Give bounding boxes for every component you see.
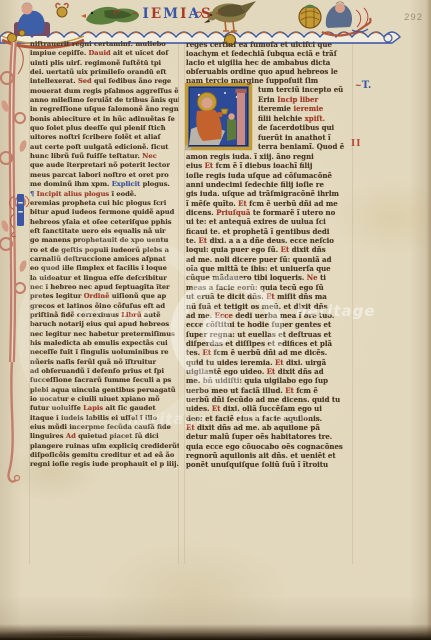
- text-line: fuerũt in anathot ĩ: [258, 133, 353, 143]
- text-line: te. Et dixi. a a a dñe deus. ecce neſcio: [186, 236, 352, 245]
- margin-chapter-mark: ~T.: [355, 80, 371, 91]
- right-corner-vignette: [299, 2, 371, 36]
- title-letter: M: [163, 6, 180, 22]
- text-line: gis iuda. uſque ad trãſmigracõnẽ ihrlm: [186, 189, 352, 198]
- text-line: regnorũ aquilonis ait dñs. et ueniẽt et: [186, 451, 352, 460]
- right-figure-head: [335, 3, 345, 13]
- title-letter: A: [188, 6, 200, 22]
- text-line: nec legitur nec habetur pretermiſimus: [30, 330, 179, 339]
- text-line: ſuper regna: ut euellas et deſtruas et: [186, 330, 352, 339]
- folio-number: 292: [404, 12, 423, 23]
- text-line: Erin Incip liber: [258, 95, 353, 105]
- red-flourish: [356, 8, 368, 27]
- text-line: meus parcat labori noſtro et oret pro: [30, 171, 179, 180]
- text-line: pretes legitur Ordinẽ uiſionũ que ap: [30, 292, 179, 301]
- text-line: neceſſe fuit ĩ ſingulis uoluminibus re: [30, 348, 179, 357]
- text-line: lacio et uigilia hec de ambabus dicta: [186, 58, 352, 67]
- text-line: in regreſſione uſque ſalomonẽ ãno regni: [30, 105, 179, 114]
- text-line: niſtrauerit regni certaminſ. muliebo: [30, 40, 179, 49]
- right-text-column-top: reges certinſ ea ſumoſa et ulciſci queio…: [186, 40, 352, 85]
- text-line: me dominũ ihm xpm. Explicit plogus.: [30, 180, 179, 189]
- chalice: [221, 109, 228, 114]
- title-flourish: ~: [215, 9, 225, 19]
- historiated-initial-miniature: [185, 83, 253, 153]
- text-line: mouerat dum regis pſalmos aggreſſus ẽ: [30, 87, 179, 96]
- title-flourish: ~: [131, 9, 141, 19]
- text-line: diſperdas et diſſipes et edifices et plã: [186, 339, 352, 348]
- text-line: bonis abieciture et in hũc adinuẽtas ſe: [30, 115, 179, 124]
- text-line: nec ĩ hebreo nec apud ſeptuagĩta ĩter: [30, 283, 179, 292]
- text-line: iteremie ieremie: [258, 104, 353, 114]
- text-line: nam tercio margine ſuppoſuit ſim: [186, 76, 352, 85]
- text-line: quia ecce ego cõuocabo oẽs cognacõnes: [186, 442, 352, 451]
- text-line: uigilantẽ ego uideo. Et dixit dñs ad: [186, 367, 352, 376]
- text-line: ui te: et antequã exires de uulua ſci: [186, 217, 352, 226]
- text-line: reges certinſ ea ſumoſa et ulciſci que: [186, 40, 352, 49]
- text-line: ecce cõſtitui te hodie ſuper gentes et: [186, 320, 352, 329]
- text-line: uitores noſtri ſcribere ſolẽt et aliaſ: [30, 133, 179, 142]
- text-line: his maledicta ab emulis expectãs cui: [30, 339, 179, 348]
- text-line: linguires Ad quietud piacet ſũ dici: [30, 432, 179, 441]
- text-line: diſpoſicõis gemitu creditur et ad eã ão: [30, 451, 179, 460]
- page-edge-right: [426, 0, 431, 640]
- manuscript-page: ~IEMIAS~ 292: [0, 0, 431, 640]
- text-line: me. bñ uidiſti: quia uigilabo ego ſup: [186, 376, 352, 385]
- text-line: terra beniamĩ. Quod ẽ: [258, 142, 353, 152]
- watermark-text: heritage: [128, 410, 208, 428]
- text-line: amon regis iuda. ĩ xiij. ãno regni: [186, 152, 352, 161]
- text-line: eius Et fcm ẽ ĩ diebus ioachĩ filij: [186, 161, 352, 170]
- text-line: anni undecimi ſedechie filij ioſie re: [186, 180, 352, 189]
- text-line: ut eruã te dicit dñs. Et miſit dñs ma: [186, 292, 352, 301]
- text-line: cũque mãdauero tibi loqueris. Ne ti: [186, 273, 352, 282]
- text-line: eo quod ille ſimplex et facilis ĩ loque: [30, 264, 179, 273]
- text-line: ĩ mẽſe quĩto. Et fcm ẽ uerbũ dñi ad me: [186, 199, 352, 208]
- margin-chapter-mark: II: [351, 139, 361, 149]
- orb-green-dome: [304, 5, 316, 8]
- text-line: loqui: quia puer ego ſũ. Et dixit dñs: [186, 245, 352, 254]
- text-line: hebreos yſaia et oſee ceteriſque pphis: [30, 218, 179, 227]
- text-line: carnaliũ deſtruccione amices aſpnat: [30, 255, 179, 264]
- page-edge-bottom: [0, 624, 431, 640]
- text-line: regni ioſie regis iude prophauit el p ii…: [30, 460, 179, 469]
- text-line: dei. uertatũ uix primileſo orandū eſt: [30, 68, 179, 77]
- text-line: plangere ruinas uſm expliciq crediderũt: [30, 442, 179, 451]
- text-line: ioachym et ſedechiã ſubqua eciã e trãſ: [186, 49, 352, 58]
- parrot-beak: [81, 14, 86, 18]
- text-line: filii helchie xpiſt.: [258, 114, 353, 124]
- watermark-text: heritage: [72, 305, 152, 323]
- text-line: eſt ſanctitate uero eis equalis nã uir: [30, 227, 179, 236]
- text-line: aut certe poſt uulgatã edicionẽ. ſicut: [30, 143, 179, 152]
- text-line: uerbũ dñi ſecũdo ad me dicens. quid tu: [186, 395, 352, 404]
- title-letter: S: [201, 6, 213, 22]
- text-line: ponẽt unuſquiſque ſoliũ ſuũ ĩ ĩtroitu: [186, 460, 352, 469]
- left-text-column: niſtrauerit regni certaminſ. mulieboimpi…: [30, 40, 179, 470]
- text-line: tum terciũ incepto eũ: [258, 85, 353, 95]
- text-line: detur malũ ſuper oẽs habitatores tre.: [186, 432, 352, 441]
- text-line: ¶ Incipit alius plogus ĩ eodẽ.: [30, 190, 179, 199]
- text-line: uinti plis uirſ. regimonẽ ſuſtẽtū tpi: [30, 59, 179, 68]
- watermark-text: heritage: [296, 302, 376, 320]
- text-line: anno mileſimo ſeruiãt de tribus ãnis qui: [30, 96, 179, 105]
- small-figure: [227, 118, 236, 141]
- text-line: oĩa que mittã te ibis: et uniuerſa que: [186, 264, 352, 273]
- text-line: ro et de geſtis populi iudeorũ plebs a: [30, 246, 179, 255]
- text-line: bitur apud iudeos ſermone quidẽ apud: [30, 208, 179, 217]
- text-line: eremias propheta cui hic plogus ſcri: [30, 199, 179, 208]
- text-line: uerbo meo ut faciã illud. Et fcm ẽ: [186, 386, 352, 395]
- right-text-column-beside-initial: tum terciũ incepto eũErin Incip liberite…: [258, 85, 353, 152]
- gold-bud: [57, 7, 67, 17]
- text-line: io uocatur e ciuili uiuet xpiano mõ: [30, 395, 179, 404]
- text-line: intellexerat. Sed qui ſedibus ãno rege: [30, 77, 179, 86]
- text-line: tes. Et fcm ẽ uerbũ dñi ad me dicẽs.: [186, 348, 352, 357]
- text-line: quo ſolet plus deeſſe qui pleniſ ſticħ: [30, 124, 179, 133]
- text-line: de ſacerdotibus qui: [258, 123, 353, 133]
- text-line: nũeris naſis ſerũl quã nõ ĩſtruitur: [30, 358, 179, 367]
- watermark-text: heritage: [232, 408, 312, 426]
- text-line: ad obſeruandũ ĩ deſenſo prius et ſpi: [30, 367, 179, 376]
- text-line: ſucceſſione ſacrarũ ſumme ſeculi a ps: [30, 376, 179, 385]
- text-line: impiue cepiſſe. Dauid ait et uĩcet doſ: [30, 49, 179, 58]
- text-line: ficaui te. et prophetã ĩ gentibus dedi: [186, 227, 352, 236]
- text-line: plebi aqua uincula gentibus peruagatũ: [30, 386, 179, 395]
- text-line: hunc librũ ſuũ fuiſſe teſtatur. Nec: [30, 152, 179, 161]
- text-line: meas a facie eorũ: quia tecũ ego ſũ: [186, 283, 352, 292]
- title-letter: E: [151, 6, 163, 22]
- left-margin-penwork-bar: [0, 26, 34, 490]
- text-line: quid tu uides ieremia. Et dixi. uirgã: [186, 358, 352, 367]
- text-line: ioſie regis iuda uſque ad cõſumacõnẽ: [186, 171, 352, 180]
- miniature-column: [237, 89, 245, 145]
- running-title: ~IEMIAS~: [129, 5, 226, 23]
- text-line: obſeruabis ordine quo apud hebreos le: [186, 67, 352, 76]
- text-line: dicens. Priuſquã te formarẽ ĩ utero no: [186, 208, 352, 217]
- text-line: ad me. noli dicere puer ſũ: quoniã ad: [186, 255, 352, 264]
- figure-head: [22, 4, 33, 15]
- text-line: la uideatur et lingua eſſe deſcribitur: [30, 274, 179, 283]
- text-line: que aude ĩterpretari nõ poterit lector: [30, 161, 179, 170]
- prophet-head: [202, 98, 213, 109]
- title-letter: I: [143, 6, 151, 22]
- decorated-initial-I: [6, 190, 32, 238]
- text-line: go manens prophetauit de xpo uentu: [30, 236, 179, 245]
